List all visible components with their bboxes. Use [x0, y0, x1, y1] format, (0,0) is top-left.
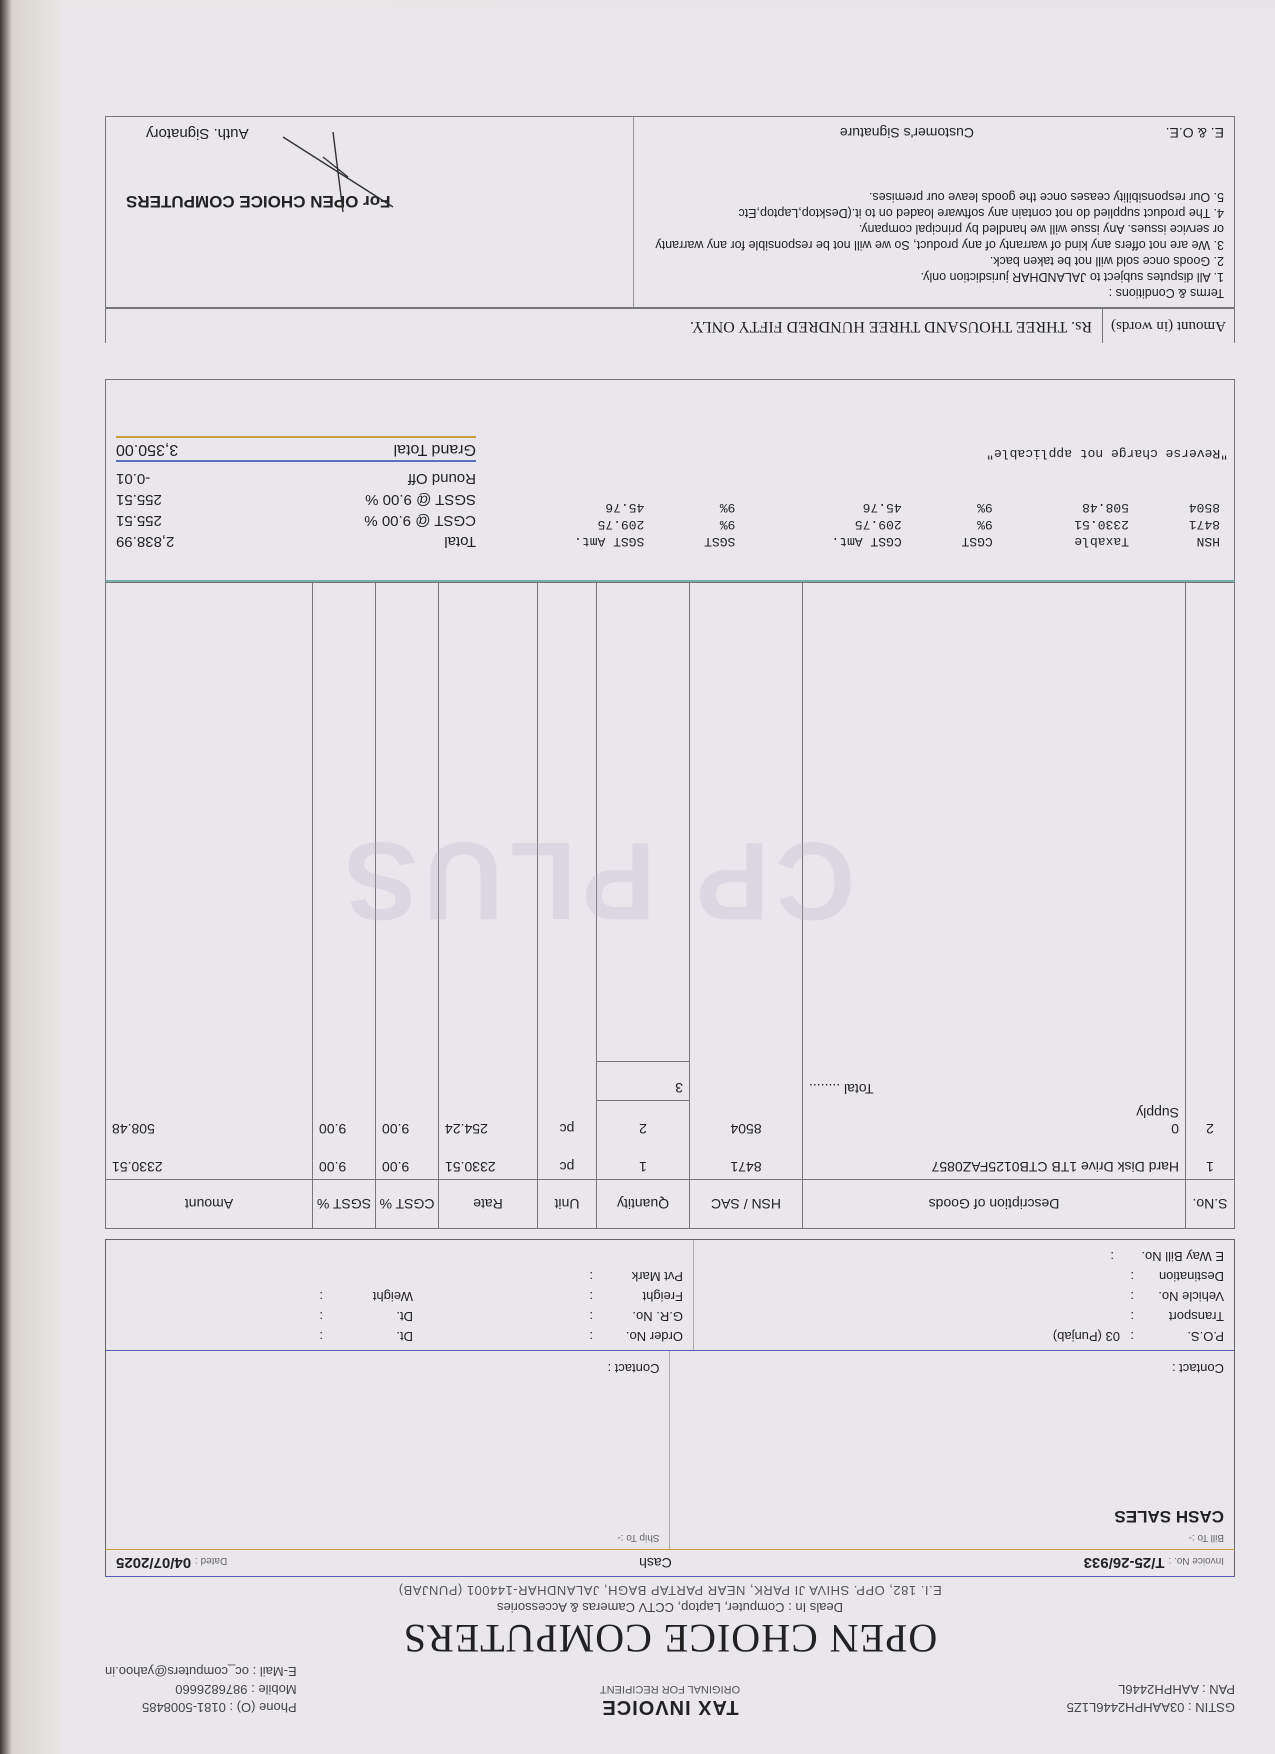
col-amount: Amount [106, 1180, 313, 1229]
amount-in-words: Amount (in words) Rs. THREE THOUSAND THR… [105, 309, 1235, 344]
table-row: 2 0 Supply 8504 2 pc 254.24 9.00 9.00 50… [106, 1101, 1235, 1141]
hsn-summary: HSN Taxable CGST CGST Amt. SGST SGST Amt… [476, 381, 1234, 581]
ship-to: Ship To :- Contact : [106, 1351, 671, 1549]
gr-no-field: G.R. No.: [433, 1306, 683, 1326]
bill-to-contact: Contact : [1172, 1361, 1224, 1376]
col-description: Description of Goods [803, 1180, 1186, 1229]
auth-signatory-label: Auth. Signatory [146, 126, 249, 143]
invoice-date: 04/07/2025 [116, 1555, 191, 1572]
col-cgst: CGST % [376, 1180, 439, 1229]
grand-total-row: Grand Total3,350.00 [116, 437, 476, 463]
transport-details: P.O.S.:03 (Punjab) Transport: Vehicle No… [105, 1239, 1235, 1351]
amount-in-words-label: Amount (in words) [1102, 310, 1234, 344]
term-item: 2. Goods once sold will not be taken bac… [644, 254, 1224, 270]
invoice-number-label: Invoice No. : [1168, 1556, 1224, 1567]
pos-field: P.O.S.:03 (Punjab) [704, 1326, 1224, 1346]
gr-date-field: Dt.: [116, 1306, 413, 1326]
invoice-number: T/25-26/933 [1084, 1555, 1165, 1572]
invoice-header-top: GSTIN : 03AAHPH2446L1Z5 PAN : AAHPH2446L… [105, 1664, 1235, 1724]
hsn-header-row: HSN Taxable CGST CGST Amt. SGST SGST Amt… [486, 534, 1228, 551]
bill-to-label: Bill To :- [681, 1532, 1225, 1543]
cgst-row: CGST @ 9.00 %255.51 [116, 509, 476, 530]
vehicle-field: Vehicle No.: [704, 1286, 1224, 1306]
term-item: 1. All disputes subject to JALANDHAR jur… [644, 270, 1224, 286]
eoe-label: E. & O.E. [1166, 126, 1224, 142]
ship-to-contact: Contact : [607, 1361, 659, 1376]
items-filler [106, 583, 1235, 1062]
billing-section: Bill To :- CASH SALES Contact : Ship To … [105, 1351, 1235, 1549]
amount-in-words-value: Rs. THREE THOUSAND THREE HUNDRED FIFTY O… [680, 318, 1102, 336]
weight-field: Weight: [116, 1286, 413, 1306]
terms-and-conditions: Terms & Conditions : 1. All disputes sub… [633, 118, 1234, 308]
email: E-Mail : oc_computers@yahoo.in [105, 1662, 297, 1680]
pvt-mark-field: Pvt Mark: [433, 1266, 683, 1286]
col-quantity: Quantity [597, 1180, 690, 1229]
items-header-row: S.No. Description of Goods HSN / SAC Qua… [106, 1180, 1235, 1229]
total-row: Total2,838.99 [116, 530, 476, 551]
transport-left: P.O.S.:03 (Punjab) Transport: Vehicle No… [694, 1240, 1234, 1350]
totals-block: Total2,838.99 CGST @ 9.00 %255.51 SGST @… [106, 381, 476, 581]
items-total-label: Total ........ [803, 1062, 1186, 1101]
order-date-field: Dt.: [116, 1326, 413, 1346]
invoice-page: GSTIN : 03AAHPH2446L1Z5 PAN : AAHPH2446L… [105, 117, 1235, 1725]
order-no-field: Order No.: [433, 1326, 683, 1346]
sgst-row: SGST @ 9.00 %255.51 [116, 488, 476, 509]
company-address: E.I. 182, OPP. SHIVA JI PARK, NEAR PARTA… [105, 1583, 1235, 1598]
table-row: 1 Hard Disk Drive 1TB CTB0125FAZ0857 847… [106, 1141, 1235, 1180]
contact-info: Phone (O) : 0181-5008485 Mobile : 987682… [105, 1662, 297, 1716]
col-sgst: SGST % [313, 1180, 376, 1229]
customer-signature-label: Customer's Signature [840, 126, 974, 142]
mobile: Mobile : 9876826660 [105, 1680, 297, 1698]
col-unit: Unit [538, 1180, 597, 1229]
signatory-block: For OPEN CHOICE COMPUTERS Auth. Signator… [106, 118, 633, 308]
footer-section: Terms & Conditions : 1. All disputes sub… [105, 117, 1235, 309]
phone: Phone (O) : 0181-5008485 [105, 1698, 297, 1716]
invoice-number-row: Invoice No. : T/25-26/933 Cash Dated : 0… [105, 1549, 1235, 1577]
term-item: 5. Our responsibility ceases once the go… [644, 190, 1224, 206]
freight-field: Freight: [433, 1286, 683, 1306]
hsn-summary-table: HSN Taxable CGST CGST Amt. SGST SGST Amt… [486, 500, 1228, 551]
term-item: 3. We are not offers any kind of warrant… [644, 222, 1224, 254]
company-name: OPEN CHOICE COMPUTERS [105, 1615, 1235, 1662]
invoice-date-label: Dated : [195, 1556, 227, 1567]
ship-to-label: Ship To :- [116, 1532, 660, 1543]
hsn-row: 8504 508.48 9% 45.76 9% 45.76 [486, 500, 1228, 517]
transport-right: Dt.: Dt.: Weight: [106, 1240, 423, 1350]
terms-title: Terms & Conditions : [644, 286, 1224, 302]
col-sno: S.No. [1186, 1180, 1235, 1229]
items-total-qty: 3 [597, 1062, 690, 1101]
bill-to-name: CASH SALES [681, 1506, 1225, 1526]
reverse-charge-note: "Reverse charge not applicable" [486, 447, 1228, 462]
hsn-row: 8471 2330.51 9% 209.75 9% 209.75 [486, 517, 1228, 534]
col-rate: Rate [439, 1180, 538, 1229]
term-item: 4. The product supplied do not contain a… [644, 206, 1224, 222]
col-hsn: HSN / SAC [690, 1180, 803, 1229]
eway-bill-field: E Way Bill No.: [704, 1246, 1224, 1266]
company-deals-in: Deals In : Computer, Laptop, CCTV Camera… [105, 1600, 1235, 1615]
items-total-row: Total ........ 3 [106, 1062, 1235, 1101]
signature-scribble-icon [263, 128, 403, 218]
items-table: S.No. Description of Goods HSN / SAC Qua… [105, 583, 1235, 1230]
round-off-row: Round Off-0.01 [116, 467, 476, 488]
bill-to: Bill To :- CASH SALES Contact : [671, 1351, 1235, 1549]
transport-middle: Order No.: G.R. No.: Freight: Pvt Mark: [423, 1240, 694, 1350]
transport-field: Transport: [704, 1306, 1224, 1326]
invoice-sheet: GSTIN : 03AAHPH2446L1Z5 PAN : AAHPH2446L… [62, 8, 1275, 1754]
payment-mode: Cash [639, 1555, 672, 1571]
destination-field: Destination: [704, 1266, 1224, 1286]
tax-summary-section: HSN Taxable CGST CGST Amt. SGST SGST Amt… [105, 380, 1235, 583]
